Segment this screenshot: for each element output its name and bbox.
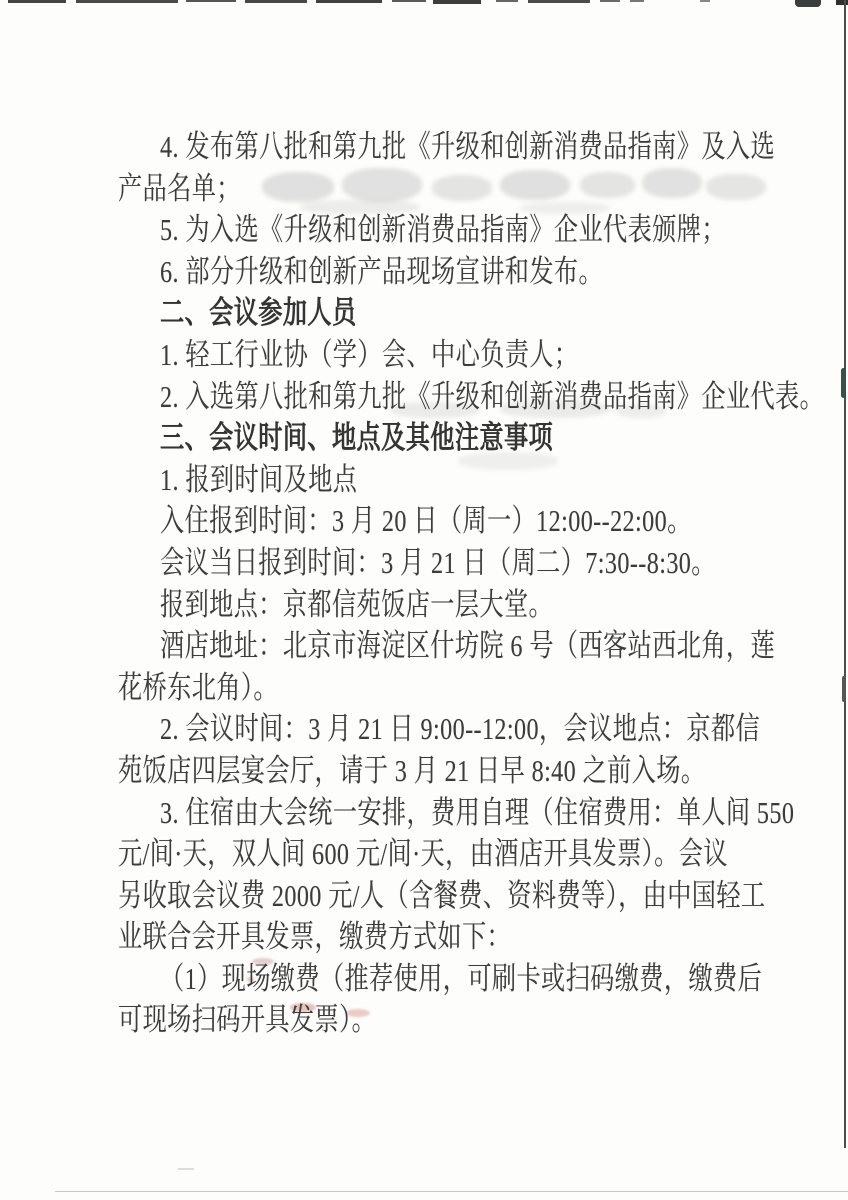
document-line: 产品名单； — [118, 168, 838, 210]
document-line-text: 1. 报到时间及地点 — [160, 459, 357, 501]
document-line: 元/间·天，双人间 600 元/间·天，由酒店开具发票）。会议 — [118, 833, 838, 875]
scan-artifact-top-edge — [700, 0, 710, 2]
scan-artifact-top-corner-smudge — [795, 0, 821, 7]
document-line-text: 入住报到时间：3 月 20 日（周一）12:00--22:00。 — [160, 500, 692, 542]
section-heading: 二、会议参加人员 — [118, 292, 838, 334]
scan-artifact-bottom-speck — [178, 1168, 194, 1170]
document-line-text: 三、会议时间、地点及其他注意事项 — [160, 417, 553, 459]
document-line-text: 元/间·天，双人间 600 元/间·天，由酒店开具发票）。会议 — [118, 833, 728, 875]
scanned-document-page: 4. 发布第八批和第九批《升级和创新消费品指南》及入选产品名单；5. 为入选《升… — [0, 0, 848, 1200]
document-line-text: 产品名单； — [118, 168, 241, 210]
document-lines: 4. 发布第八批和第九批《升级和创新消费品指南》及入选产品名单；5. 为入选《升… — [118, 126, 838, 1041]
document-line: 4. 发布第八批和第九批《升级和创新消费品指南》及入选 — [118, 126, 838, 168]
scan-artifact-top-edge — [76, 0, 178, 3]
document-line-text: 可现场扫码开具发票）。 — [118, 999, 376, 1041]
document-line: 酒店地址：北京市海淀区什坊院 6 号（西客站西北角，莲 — [118, 625, 838, 667]
scan-artifact-top-edge — [186, 0, 236, 2]
document-line: 2. 会议时间：3 月 21 日 9:00--12:00，会议地点：京都信 — [118, 708, 838, 750]
document-line-text: 6. 部分升级和创新产品现场宣讲和发布。 — [160, 251, 603, 293]
document-line: 1. 报到时间及地点 — [118, 459, 838, 501]
document-line: 1. 轻工行业协（学）会、中心负责人； — [118, 334, 838, 376]
document-line: 业联合会开具发票，缴费方式如下： — [118, 916, 838, 958]
document-line: 花桥东北角）。 — [118, 667, 838, 709]
scan-artifact-top-edge — [316, 0, 382, 3]
document-line-text: 报到地点：京都信苑饭店一层大堂。 — [160, 584, 553, 626]
section-heading: 三、会议时间、地点及其他注意事项 — [118, 417, 838, 459]
scan-artifact-top-edge — [528, 0, 590, 3]
document-line-text: 2. 入选第八批和第九批《升级和创新消费品指南》企业代表。 — [160, 376, 824, 418]
document-line-text: 另收取会议费 2000 元/人（含餐费、资料费等），由中国轻工 — [118, 875, 765, 917]
document-line: （1）现场缴费（推荐使用，可刷卡或扫码缴费，缴费后 — [118, 958, 838, 1000]
document-line-text: 3. 住宿由大会统一安排，费用自理（住宿费用：单人间 550 — [160, 792, 794, 834]
document-line: 报到地点：京都信苑饭店一层大堂。 — [118, 584, 838, 626]
scan-artifact-top-edge — [392, 0, 426, 2]
scan-artifact-top-edge — [600, 0, 620, 2]
scan-artifact-top-edge — [8, 0, 66, 3]
document-line: 会议当日报到时间：3 月 21 日（周二）7:30--8:30。 — [118, 542, 838, 584]
document-line: 5. 为入选《升级和创新消费品指南》企业代表颁牌； — [118, 209, 838, 251]
scan-artifact-top-edge — [433, 0, 481, 4]
scan-artifact-top-edge — [245, 0, 307, 3]
scan-artifact-right-edge-blob — [842, 676, 846, 702]
document-line: 另收取会议费 2000 元/人（含餐费、资料费等），由中国轻工 — [118, 875, 838, 917]
document-line-text: 酒店地址：北京市海淀区什坊院 6 号（西客站西北角，莲 — [160, 625, 775, 667]
document-body: 4. 发布第八批和第九批《升级和创新消费品指南》及入选产品名单；5. 为入选《升… — [118, 126, 838, 1041]
scan-artifact-top-corner-smudge — [836, 0, 848, 5]
scan-artifact-bottom-edge — [55, 1191, 848, 1192]
document-line-text: 5. 为入选《升级和创新消费品指南》企业代表颁牌； — [160, 209, 726, 251]
document-line: 3. 住宿由大会统一安排，费用自理（住宿费用：单人间 550 — [118, 792, 838, 834]
document-line: 入住报到时间：3 月 20 日（周一）12:00--22:00。 — [118, 500, 838, 542]
document-line-text: 4. 发布第八批和第九批《升级和创新消费品指南》及入选 — [160, 126, 775, 168]
document-line-text: 业联合会开具发票，缴费方式如下： — [118, 916, 511, 958]
document-line-text: （1）现场缴费（推荐使用，可刷卡或扫码缴费，缴费后 — [160, 958, 762, 1000]
document-line-text: 2. 会议时间：3 月 21 日 9:00--12:00，会议地点：京都信 — [160, 708, 760, 750]
document-line-text: 花桥东北角）。 — [118, 667, 278, 709]
document-line: 苑饭店四层宴会厅，请于 3 月 21 日早 8:40 之前入场。 — [118, 750, 838, 792]
document-line: 2. 入选第八批和第九批《升级和创新消费品指南》企业代表。 — [118, 376, 838, 418]
document-line-text: 1. 轻工行业协（学）会、中心负责人； — [160, 334, 578, 376]
document-line-text: 二、会议参加人员 — [160, 292, 357, 334]
document-line-text: 会议当日报到时间：3 月 21 日（周二）7:30--8:30。 — [160, 542, 716, 584]
scan-artifact-top-edge — [496, 0, 518, 2]
document-line-text: 苑饭店四层宴会厅，请于 3 月 21 日早 8:40 之前入场。 — [118, 750, 705, 792]
document-line: 可现场扫码开具发票）。 — [118, 999, 838, 1041]
scan-artifact-top-edge — [630, 0, 644, 2]
document-line: 6. 部分升级和创新产品现场宣讲和发布。 — [118, 251, 838, 293]
